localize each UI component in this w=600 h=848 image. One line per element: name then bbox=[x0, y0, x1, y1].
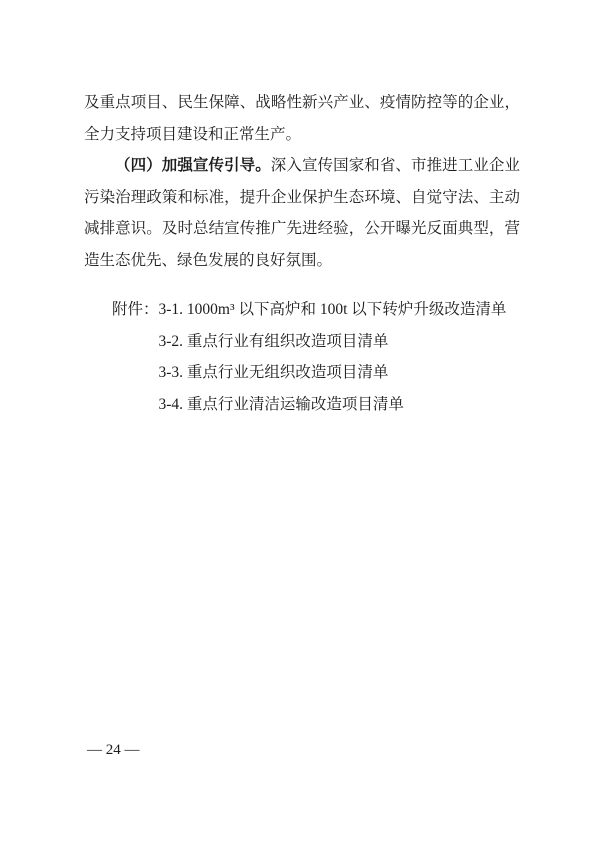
page-number: — 24 — bbox=[87, 742, 140, 759]
body-line: 污染治理政策和标准，提升企业保护生态环境、自觉守法、主动 bbox=[84, 182, 520, 214]
document-body: 及重点项目、民生保障、战略性新兴产业、疫情防控等的企业，全力支持项目建设和正常生… bbox=[84, 87, 520, 276]
body-line: 全力支持项目建设和正常生产。 bbox=[84, 119, 520, 151]
body-line: 及重点项目、民生保障、战略性新兴产业、疫情防控等的企业， bbox=[84, 87, 520, 119]
attachment-item: 3-4. 重点行业清洁运输改造项目清单 bbox=[159, 389, 520, 421]
document-content: 及重点项目、民生保障、战略性新兴产业、疫情防控等的企业，全力支持项目建设和正常生… bbox=[84, 87, 520, 420]
attachment-item: 3-1. 1000m³ 以下高炉和 100t 以下转炉升级改造清单 bbox=[159, 294, 520, 326]
attachment-list: 3-1. 1000m³ 以下高炉和 100t 以下转炉升级改造清单3-2. 重点… bbox=[159, 294, 520, 420]
attachment-block: 附件： 3-1. 1000m³ 以下高炉和 100t 以下转炉升级改造清单3-2… bbox=[112, 294, 520, 420]
paragraph-heading: （四）加强宣传引导。 bbox=[115, 157, 271, 174]
body-line: 造生态优先、绿色发展的良好氛围。 bbox=[84, 245, 520, 277]
attachment-label: 附件： bbox=[112, 294, 159, 326]
attachment-item: 3-2. 重点行业有组织改造项目清单 bbox=[159, 326, 520, 358]
body-line: （四）加强宣传引导。深入宣传国家和省、市推进工业企业 bbox=[84, 150, 520, 182]
attachment-item: 3-3. 重点行业无组织改造项目清单 bbox=[159, 357, 520, 389]
document-page: 及重点项目、民生保障、战略性新兴产业、疫情防控等的企业，全力支持项目建设和正常生… bbox=[0, 0, 600, 848]
body-line: 减排意识。及时总结宣传推广先进经验，公开曝光反面典型，营 bbox=[84, 213, 520, 245]
